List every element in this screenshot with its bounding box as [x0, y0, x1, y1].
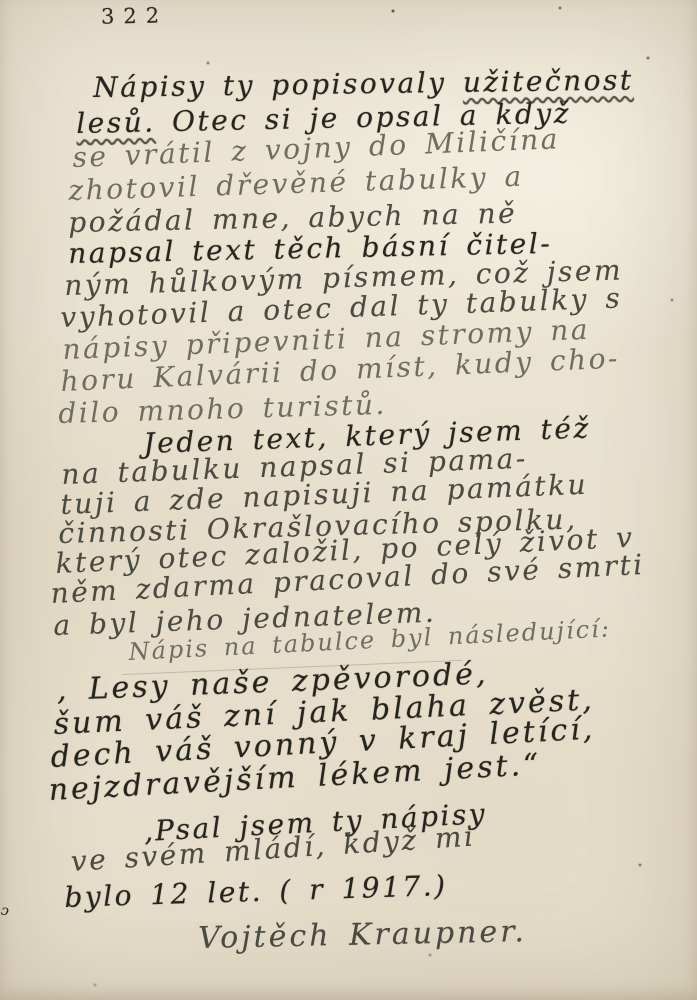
- underlined-word-lesu: lesů.: [76, 105, 156, 140]
- margin-ink-mark: ɔ: [0, 903, 10, 920]
- line-text: Nápisy ty popisovaly: [93, 66, 463, 104]
- manuscript-line-26: bylo 12 let. ( r 1917.): [64, 872, 448, 912]
- manuscript-page: 322 Nápisy ty popisovaly užitečnost lesů…: [0, 0, 697, 1000]
- underlined-word-uzitecnost: užitečnost: [463, 63, 634, 98]
- signature: Vojtěch Kraupner.: [198, 917, 527, 954]
- page-number: 322: [101, 3, 169, 28]
